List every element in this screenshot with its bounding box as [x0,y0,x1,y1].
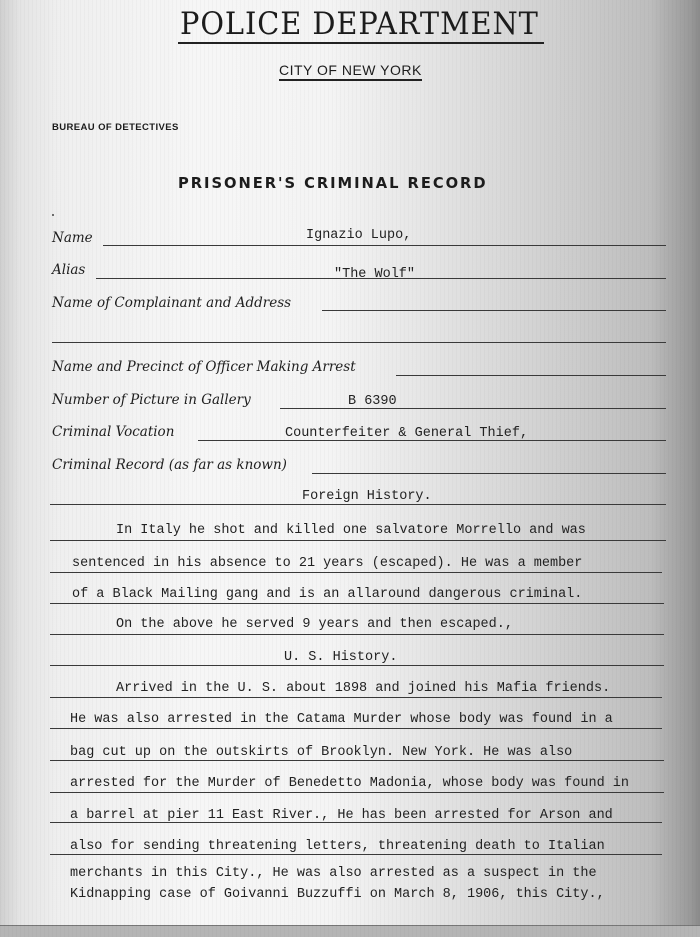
record-line [50,634,664,635]
record-line [50,603,664,604]
department-title: POLICE DEPARTMENT [180,6,539,42]
form-title: PRISONER'S CRIMINAL RECORD [178,174,487,192]
us-line-5: a barrel at pier 11 East River., He has … [70,808,613,823]
vocation-label: Criminal Vocation [52,424,174,440]
foreign-history-heading: Foreign History. [302,489,432,504]
page-edge [0,925,700,937]
foreign-line-1: In Italy he shot and killed one salvator… [116,523,586,538]
picture-number-line [280,408,666,409]
record-line [50,854,662,855]
us-line-6: also for sending threatening letters, th… [70,839,605,854]
complainant-line [322,310,666,311]
us-heading-line [50,665,664,666]
bureau-label: BUREAU OF DETECTIVES [52,122,179,133]
foreign-line-3: of a Black Mailing gang and is an allaro… [72,587,582,602]
criminal-record-form: POLICE DEPARTMENT CITY OF NEW YORK BUREA… [0,0,700,937]
vocation-value: Counterfeiter & General Thief, [285,426,528,441]
us-line-3: bag cut up on the outskirts of Brooklyn.… [70,745,572,760]
us-line-2: He was also arrested in the Catama Murde… [70,712,613,727]
alias-label: Alias [52,262,85,278]
foreign-line-4: On the above he served 9 years and then … [116,617,513,632]
picture-number-value: B 6390 [348,394,397,409]
city-subtitle: CITY OF NEW YORK [279,62,422,81]
complainant-label: Name of Complainant and Address [52,295,291,311]
name-value: Ignazio Lupo, [306,228,411,243]
record-line [50,572,662,573]
picture-number-label: Number of Picture in Gallery [52,392,251,408]
record-line [50,760,664,761]
foreign-line-2: sentenced in his absence to 21 years (es… [72,556,582,571]
title-underline [178,42,544,44]
record-line [50,697,662,698]
us-line-4: arrested for the Murder of Benedetto Mad… [70,776,629,791]
us-history-heading: U. S. History. [284,650,397,665]
record-line [312,473,666,474]
ink-speck [52,214,54,216]
officer-label: Name and Precinct of Officer Making Arre… [52,359,356,375]
us-line-8: Kidnapping case of Goivanni Buzzuffi on … [70,887,605,902]
alias-value: "The Wolf" [334,267,415,282]
us-line-7: merchants in this City., He was also arr… [70,866,597,881]
record-line [50,728,662,729]
foreign-heading-line [50,504,666,505]
name-line [103,245,666,246]
complainant-line-2 [52,342,666,343]
record-line [50,540,666,541]
record-line [50,792,664,793]
name-label: Name [52,230,93,246]
record-label: Criminal Record (as far as known) [52,457,287,473]
officer-line [396,375,666,376]
us-line-1: Arrived in the U. S. about 1898 and join… [116,681,610,696]
